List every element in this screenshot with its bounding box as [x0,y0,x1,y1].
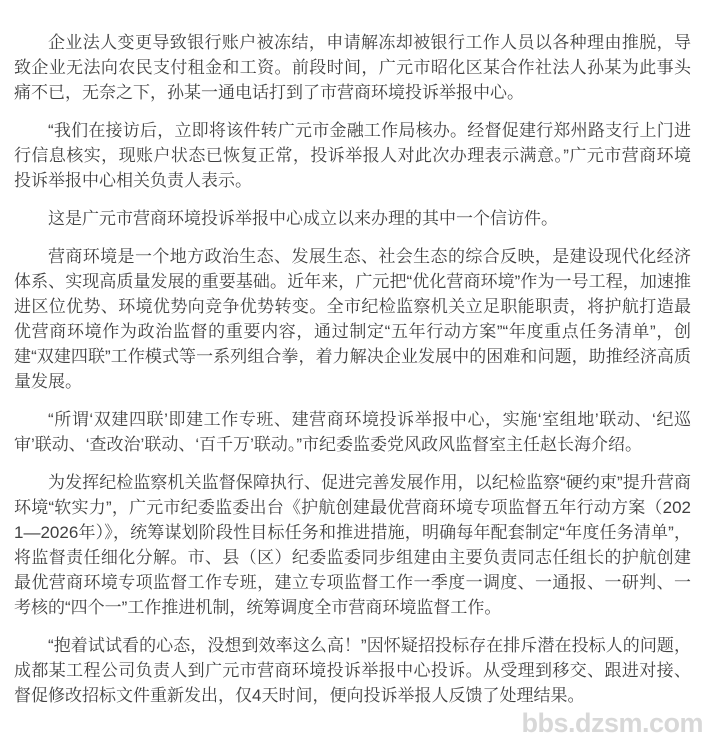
paragraph-7: “抱着试试看的心态，没想到效率这么高！”因怀疑招投标存在排斥潜在投标人的问题，成… [14,633,691,708]
article-body: 企业法人变更导致银行账户被冻结，申请解冻却被银行工作人员以各种理由推脱，导致企业… [0,0,705,708]
paragraph-5: “所谓‘双建四联’即建工作专班、建营商环境投诉举报中心，实施‘室组地’联动、‘纪… [14,407,691,457]
paragraph-1: 企业法人变更导致银行账户被冻结，申请解冻却被银行工作人员以各种理由推脱，导致企业… [14,30,691,105]
paragraph-6: 为发挥纪检监察机关监督保障执行、促进完善发展作用，以纪检监察“硬约束”提升营商环… [14,470,691,620]
paragraph-2: “我们在接访后，立即将该件转广元市金融工作局核办。经督促建行郑州路支行上门进行信… [14,118,691,193]
paragraph-4: 营商环境是一个地方政治生态、发展生态、社会生态的综合反映，是建设现代化经济体系、… [14,244,691,394]
site-watermark: bbs.dzsm.com [521,708,703,737]
paragraph-3: 这是广元市营商环境投诉举报中心成立以来办理的其中一个信访件。 [14,206,691,231]
